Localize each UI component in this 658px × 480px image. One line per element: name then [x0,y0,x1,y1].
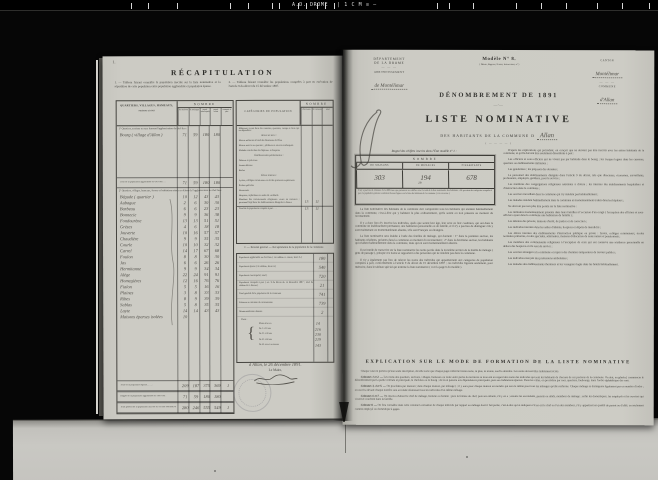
nombre-label: NOMBRE [301,101,333,108]
categories-nombre-header: NOMBRE d'hommesde femmestotal [301,101,333,125]
column-header: DE MAISONS [356,163,402,169]
total-row: Total général de la population inscrite … [117,402,233,413]
instruction-item: Les malades résidant habituellement dans… [503,199,644,203]
explication-paragraph: Chaque case ne portera qu'une seule insc… [355,370,644,374]
commune-handwritten: Allan [537,132,557,140]
ruler-tick-icon [566,3,567,9]
handwritten-brace [167,197,177,327]
column-header: popul. totale [210,108,221,125]
ruler-tick-icon [649,3,650,9]
column-header: de femmes [311,108,322,125]
page-number: 1. [113,59,116,64]
instruction-item: Ne devront pas non plus être portés sur … [503,205,644,209]
totals-rows: Total de la population éparse . . . . .2… [117,380,233,413]
recall-value: 303 [356,169,402,188]
instruction-items: Les officiers et sous-officiers qui ne v… [503,158,644,266]
ruler-tick-icon [230,3,231,9]
ruler-tick-icon [131,3,132,9]
categories-rows: Militaires vivant dans les casernes, qua… [237,126,333,206]
categories-header: CATÉGORIES DE POPULATION [237,101,301,125]
age-breakdown: { Moins d'un an14 De 1 à 20 ans216 De 21… [237,321,333,348]
ruler-tick-icon [622,3,623,9]
column-header: total [322,108,333,125]
category-row: Membres des communautés religieuses viva… [237,198,333,205]
quartiers-header-cell: QUARTIERS, VILLAGES, HAMEAUX, maisons et… [117,101,178,125]
instruction-item: Les détenus des prisons, maisons d'arrêt… [503,220,644,224]
instruction-item: Les ouvriers étrangers à la commune occu… [503,251,644,255]
instruction-item: Les militaires momentanément présents da… [503,211,644,218]
recall-values-row: 303194678 [356,170,494,188]
model-block: Modèle N° 8. ( Décret, Rapport, Notice, … [455,57,543,66]
categories-table-header: CATÉGORIES DE POPULATION NOMBRE d'hommes… [237,101,333,126]
recap-title: RÉCAPITULATION [103,68,343,78]
liste-subtitle: DES HABITANTS DE LA COMMUNE D Allan [343,132,654,141]
quartiers-header-line2: maisons et rues [117,109,177,112]
title-rule: —·— [483,102,513,107]
census-title: DÉNOMBREMENT DE 1891 [343,92,654,100]
explication-title: EXPLICATION SUR LE MODE DE FORMATION DE … [343,360,654,366]
ruler-tick-icon [279,3,280,9]
model-number: Modèle N° 8. [455,57,543,62]
quartiers-table: QUARTIERS, VILLAGES, HAMEAUX, maisons et… [116,100,235,414]
paper-speck [466,456,468,458]
resume-row: Population agglomérée au chef-lieu ( 1er… [237,254,333,263]
instructions-intro: D'après les explications qui précèdent, … [503,149,644,156]
department-block: DÉPARTEMENT DE LA DROME — — — ARRONDISSE… [353,57,425,92]
recall-note: Il n'y a pas lieu de s'étonner de la dif… [356,189,494,196]
divider-dashes: — — — [569,80,645,84]
column-header: d'hommes [301,108,312,125]
chef-lieu-note: ( — — — — ) [343,142,654,146]
instructions-right-column: D'après les explications qui précèdent, … [503,149,644,354]
recall-value: 678 [448,170,494,189]
explication-paragraphs: Chaque case ne portera qu'une seule insc… [355,370,644,421]
column-header: de ménages [188,108,199,125]
instruction-item: Les membres des congrégations religieuse… [503,183,644,190]
ruler-tick-icon [541,3,542,9]
nombre-columns: d'hommesde femmestotal [301,108,333,125]
recall-correction: 19 [418,181,421,185]
total-agglomeree-row: Total de la population agglomérée au che… [117,177,233,188]
paper-speck [214,470,216,472]
instruction-item: Les individus exerçant des professions a… [503,257,644,261]
recall-caption: Rappel des chiffres inscrits dans l'État… [355,149,493,153]
ruler-tick-icon [516,3,517,9]
column-header: de maisons [178,108,189,125]
commune-label: COMMUNE [569,85,645,88]
instructions-left-column: La liste nominative des habitants de la … [355,208,493,354]
ruler-tick-icon [148,3,149,9]
explication-paragraph: Colonnes 1 et 2. — Les noms des quartier… [355,376,644,383]
nombre-columns: de maisonsde ménagespopul. municipalepop… [178,108,232,125]
instruction-item: Les ouvriers travaillant dans la commune… [503,193,644,197]
instruction-paragraph: Il n'y a également pas lieu de relever l… [355,258,493,269]
sheet-edge [96,60,98,414]
ruler-tick-icon [437,3,438,9]
ruler-tick-icon [177,3,178,9]
total-row: Total de la population éparse . . . . .2… [117,380,233,391]
explication-paragraph: Colonne 8. — On fera connaître dans cett… [355,404,644,411]
recall-value: 194 [402,170,448,189]
categories-total-row: Total de la population comptée à part . … [237,206,333,212]
resume-row: Présente au moment du recensement739 [237,299,333,308]
resume-rows: Population agglomérée au chef-lieu ( 1er… [237,254,333,317]
ruler-tick-icon [248,3,249,9]
instruction-item: Les membres des communautés religieuses … [503,241,644,248]
recapitulation-page: 1. RÉCAPITULATION 1. — Tableau faisant c… [103,56,344,420]
column-header: comptée à part [221,108,232,125]
resume-heading: C. — Résumé général. — Récapitulation de… [236,246,332,249]
age-rows: Moins d'un an14 De 1 à 20 ans216 De 21 à… [257,321,333,348]
film-ruler-bar: A.D. DROME | 1 C M ≡ — [0,0,658,11]
quartiers-header-line1: QUARTIERS, VILLAGES, HAMEAUX, [117,104,177,107]
recall-box: NOMBRE DE MAISONSDE MÉNAGESD'HABITANTS 3… [355,155,495,205]
column-header: D'HABITANTS [448,163,494,169]
register-backing-page [13,418,658,480]
instruction-item: Les individus internés dans les asiles d… [503,226,644,230]
instruction-paragraph: Il y a donc lieu d'y inscrire les indivi… [355,221,493,232]
recap-intro-left: 1. — Tableau faisant connaître la popula… [115,81,221,88]
binding-seam [345,421,346,453]
arrondissement-value: de Montélimar [371,83,407,89]
microfilm-scan-view: A.D. DROME | 1 C M ≡ — 1. RÉCAPITULATION… [0,0,658,480]
liste-nominative-title: LISTE NOMINATIVE [343,114,654,126]
instruction-paragraph: La liste nominative sera établie à l'aid… [355,235,493,246]
liste-nominative-page: DÉPARTEMENT DE LA DROME — — — ARRONDISSE… [343,50,655,426]
explication-paragraph: Colonnes 6 et 7. — On inscrira d'abord l… [355,395,644,402]
resume-row: Population municipale ( total )720 [237,272,333,281]
resume-table: Population agglomérée au chef-lieu ( 1er… [236,253,334,363]
nombre-header: NOMBRE de maisonsde ménagespopul. munici… [178,101,232,125]
canton-value: Montélimar [592,72,622,78]
age-row: De 61 ans et au-dessus143 [257,342,333,348]
model-note: ( Décret, Rapport, Notice, Instructions,… [455,63,543,65]
scale-label: | 1 C M ≡ — [337,2,377,8]
ruler-tick-icon [597,3,598,9]
ruler-tick-icon [334,3,335,9]
resume-row: Momentanément absente2 [237,308,333,317]
divider-dashes: — — — [353,65,425,69]
resume-row: Total général de la population de la com… [237,290,333,299]
archive-label: A.D. DROME [292,2,328,8]
instruction-item: Les officiers et sous-officiers qui ne v… [503,158,644,165]
recall-values: 303194678 19 [356,170,494,189]
signer-role: Le Maire, [219,368,331,372]
canton-label: CANTON [569,59,645,62]
instruction-paragraph: Il est inutile de transcrire sur la list… [355,248,493,255]
mairie-stamp-icon [233,374,271,412]
explication-paragraph: Colonnes 3, 4 et 5. — On procédera par m… [355,385,644,392]
arrondissement-label: ARRONDISSEMENT [353,70,425,73]
column-header: DE MÉNAGES [402,163,448,169]
recap-intro-right: 2. — Tableau faisant connaître les popul… [229,81,333,88]
resume-row: Population éparse ( 2e tableau, lettre A… [237,263,333,272]
ruler-tick-icon [272,3,273,9]
brace-icon: { [247,325,255,343]
quartiers-table-header: QUARTIERS, VILLAGES, HAMEAUX, maisons et… [117,101,233,126]
ruler-tick-icon [449,3,450,9]
resume-row: Population comptée à part ( art. 9 du dé… [237,281,333,290]
subtitle-text: DES HABITANTS DE LA COMMUNE D [440,134,535,138]
instruction-item: Les élèves internes des établissements d… [503,232,644,239]
instruction-item: Le personnel des établissements désignés… [503,174,644,181]
place-date: à Allan, le 26 décembre 1891. [219,362,331,367]
categories-table: CATÉGORIES DE POPULATION NOMBRE d'hommes… [236,100,334,244]
instruction-item: Les malades des établissements thermaux … [503,263,644,267]
total-row: Rappel de la population agglomérée au ch… [117,391,233,402]
instruction-item: Les gendarmes ; les préposés des douanes… [503,168,644,172]
column-header: popul. municipale [199,108,210,125]
instruction-paragraph: La liste nominative des habitants de la … [355,208,493,219]
ruler-tick-icon [473,3,474,9]
